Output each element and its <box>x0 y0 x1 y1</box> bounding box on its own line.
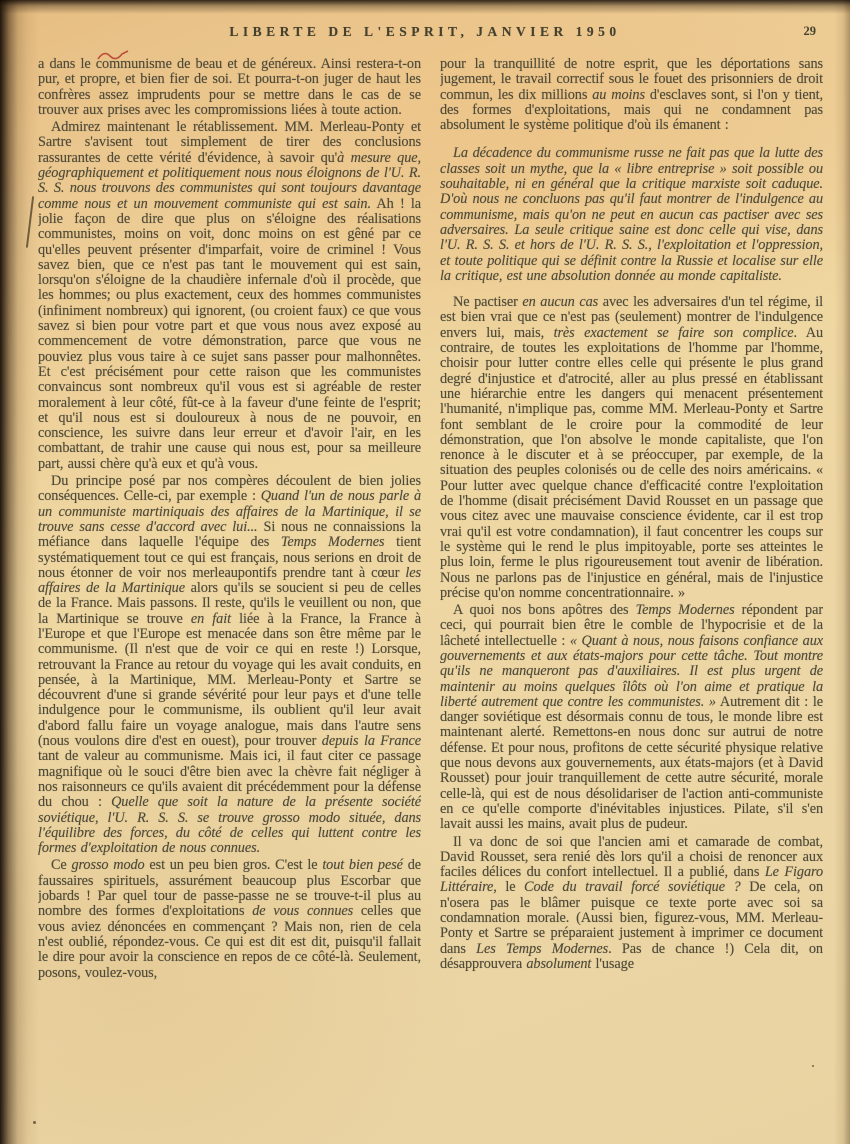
text-run: a dans le communisme de beau et de génér… <box>38 57 421 118</box>
italic-text-run: au moins <box>592 87 645 103</box>
paragraph: a dans le communisme de beau et de génér… <box>38 57 421 118</box>
italic-text-run: très exactement se faire son complice <box>554 325 794 341</box>
scanned-magazine-page: LIBERTE DE L'ESPRIT, JANVIER 1950 29 a d… <box>0 0 850 1144</box>
text-run: A quoi nos bons apôtres des <box>453 602 636 618</box>
italic-text-run: Temps Modernes <box>636 602 735 618</box>
text-run: Ah ! la jolie façon de dire que plus on … <box>38 196 421 472</box>
paragraph: Ce grosso modo est un peu bien gros. C'e… <box>38 858 421 980</box>
text-run: . Au contraire, de toutes les exploitati… <box>440 325 823 601</box>
italic-text-run: La décadence du communisme russe ne fait… <box>440 145 823 283</box>
italic-text-run: Temps Modernes <box>281 534 385 550</box>
paragraph: pour la tranquillité de notre esprit, qu… <box>440 57 823 133</box>
left-column: a dans le communisme de beau et de génér… <box>38 57 421 1143</box>
paragraph: Du principe posé par nos compères découl… <box>38 474 421 856</box>
journal-title: LIBERTE DE L'ESPRIT, JANVIER 1950 <box>0 24 850 40</box>
text-run: Ne pactiser <box>453 294 522 310</box>
right-column: pour la tranquillité de notre esprit, qu… <box>440 57 823 1143</box>
text-run: l'usage <box>591 956 634 972</box>
paragraph: Il va donc de soi que l'ancien ami et ca… <box>440 835 823 973</box>
text-run: , le <box>493 879 524 895</box>
page-number: 29 <box>804 24 817 39</box>
italic-text-run: depuis la France <box>322 733 421 749</box>
text-columns: a dans le communisme de beau et de génér… <box>0 54 850 1143</box>
italic-text-run: en aucun cas <box>522 294 598 310</box>
paper-speck <box>33 1121 36 1124</box>
italic-text-run: Les Temps Modernes <box>476 941 608 957</box>
paragraph: La décadence du communisme russe ne fait… <box>440 146 823 284</box>
text-run: Autrement dit : le danger soviétique est… <box>440 694 823 832</box>
page-header: LIBERTE DE L'ESPRIT, JANVIER 1950 29 <box>0 0 850 54</box>
italic-text-run: tout bien pesé <box>322 857 403 873</box>
italic-text-run: absolument <box>526 956 591 972</box>
text-run: est un peu bien gros. C'est le <box>145 857 323 873</box>
italic-text-run: de vous connues <box>252 903 353 919</box>
text-run: Ce <box>51 857 71 873</box>
red-ink-mark <box>96 48 130 64</box>
paragraph: A quoi nos bons apôtres des Temps Modern… <box>440 603 823 832</box>
italic-text-run: Code du travail forcé soviétique ? <box>524 879 741 895</box>
paragraph: Admirez maintenant le rétablissement. MM… <box>38 120 421 472</box>
text-run: liée à la France, la France à l'Europe e… <box>38 611 421 749</box>
paper-speck <box>812 1065 814 1067</box>
italic-text-run: en fait <box>191 611 231 627</box>
paragraph: Ne pactiser en aucun cas avec les advers… <box>440 295 823 601</box>
italic-text-run: grosso modo <box>71 857 144 873</box>
